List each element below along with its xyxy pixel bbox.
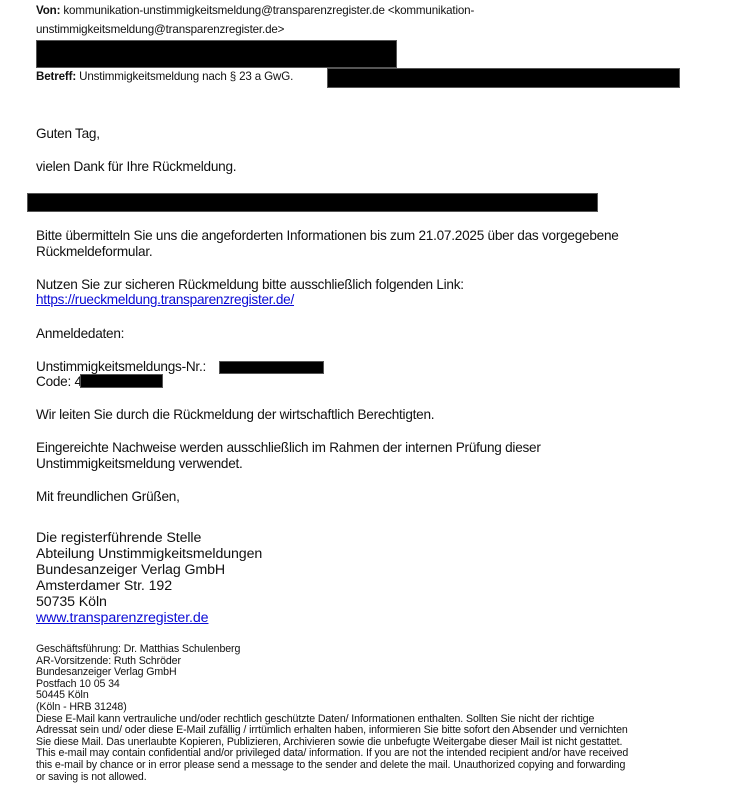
redacted-subject-suffix [327,68,680,88]
from-address-continued[interactable]: unstimmigkeitsmeldung@transparenzregiste… [36,23,284,36]
signature-line: Abteilung Unstimmigkeitsmeldungen [36,546,262,562]
feedback-link[interactable]: https://rueckmeldung.transparenzregister… [36,292,294,307]
from-line-continued: unstimmigkeitsmeldung@transparenzregiste… [36,20,284,39]
closing: Mit freundlichen Grüßen, [36,489,180,505]
disclaimer-line: this e-mail by chance or in error please… [36,760,625,772]
guidance-text: Wir leiten Sie durch die Rückmeldung der… [36,407,434,423]
signature-line: Die registerführende Stelle [36,530,201,546]
evidence-text-line2: Unstimmigkeitsmeldung verwendet. [36,456,243,472]
request-text-line2: Rückmeldeformular. [36,244,152,260]
feedback-link-line: https://rueckmeldung.transparenzregister… [36,292,294,308]
redacted-recipient-block [36,40,397,68]
subject-text: Unstimmigkeitsmeldung nach § 23 a GwG. [76,70,293,83]
thanks-text: vielen Dank für Ihre Rückmeldung. [36,159,236,175]
login-heading: Anmeldedaten: [36,326,124,342]
footer-line: Geschäftsführung: Dr. Matthias Schulenbe… [36,644,240,656]
redacted-report-number [219,361,324,374]
from-label: Von: [36,4,60,17]
from-address[interactable]: kommunikation-unstimmigkeitsmeldung@tran… [60,4,474,17]
subject-line: Betreff: Unstimmigkeitsmeldung nach § 23… [36,67,293,86]
signature-line: 50735 Köln [36,594,107,610]
report-number-label: Unstimmigkeitsmeldungs-Nr.: [36,359,206,375]
subject-label: Betreff: [36,70,76,83]
footer-line: (Köln - HRB 31248) [36,702,127,714]
code-label: Code: 4 [36,374,82,390]
website-link-line: www.transparenzregister.de [36,610,208,626]
request-text-line1: Bitte übermitteln Sie uns die angeforder… [36,228,619,244]
greeting: Guten Tag, [36,126,100,142]
signature-line: Amsterdamer Str. 192 [36,578,172,594]
signature-line: Bundesanzeiger Verlag GmbH [36,562,225,578]
redacted-code [80,374,163,388]
website-link[interactable]: www.transparenzregister.de [36,610,208,626]
disclaimer-line: or saving is not allowed. [36,772,147,784]
evidence-text-line1: Eingereichte Nachweise werden ausschließ… [36,440,541,456]
from-line: Von: kommunikation-unstimmigkeitsmeldung… [36,1,474,20]
redacted-paragraph [27,193,598,212]
link-intro-text: Nutzen Sie zur sicheren Rückmeldung bitt… [36,277,464,293]
